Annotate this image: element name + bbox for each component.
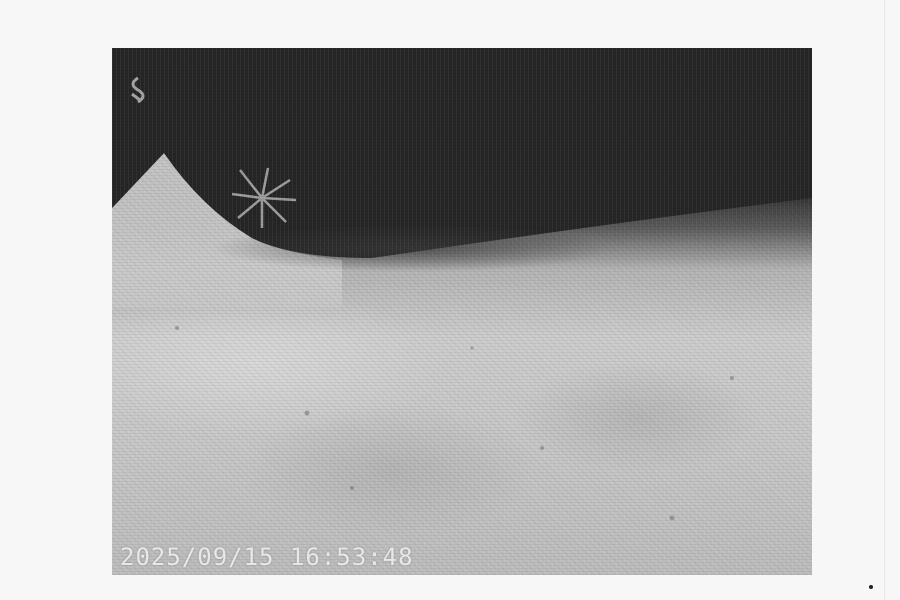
- timestamp-overlay: 2025/09/15 16:53:48: [120, 543, 414, 571]
- film-grain: [112, 48, 812, 575]
- camera-photo: 2025/09/15 16:53:48: [112, 48, 812, 575]
- stray-dot: [869, 585, 873, 589]
- page-edge-line: [884, 0, 885, 600]
